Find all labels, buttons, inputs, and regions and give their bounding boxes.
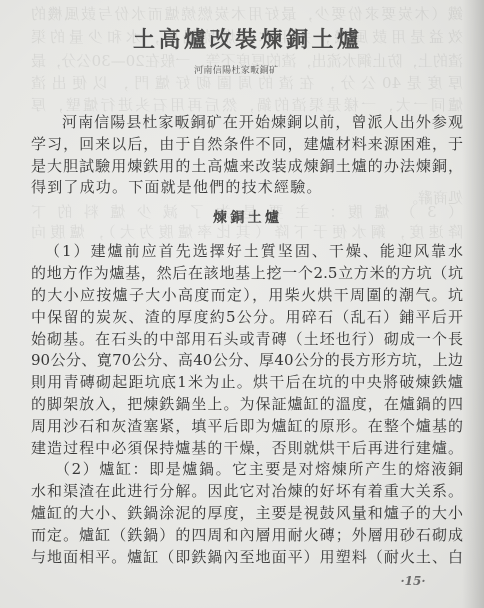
- paragraph-line: 周用沙石和灰渣塞紧，填平后即为爐缸的原形。在整个爐基的: [31, 415, 463, 437]
- paragraph-line: 而定。爐缸（鉄鍋）的四周和內層用耐火磚；外層用砂石砌成: [31, 524, 463, 546]
- section-heading: 煉銅土爐: [213, 208, 279, 228]
- paragraph-line: 中保留的炭灰、渣的厚度約5公分。用碎石（乱石）鋪平后开: [31, 306, 463, 328]
- paragraph-line: 河南信陽县杜家畈銅矿在开始煉銅以前，曾派人出外参观: [62, 111, 463, 133]
- paragraph-line: 学习，回来以后，由于自然条件不同，建爐材料来源困难，于: [31, 133, 463, 155]
- paragraph-line: 得到了成功。下面就是他們的技术經驗。: [31, 176, 463, 198]
- bleed-through-line: 鐵（木炭要求份要少，最好用木炭燃燒爐而水份与鼓風機的: [31, 4, 463, 24]
- article-title: 土高爐改裝煉銅土爐: [133, 27, 361, 53]
- paragraph-line: 90公分、寛70公分、高40公分、厚40公分的長方形方坑，上边: [31, 349, 463, 371]
- paragraph-line: 始砌基。在石头的中部用石头或青磚（土坯也行）砌成一个長: [31, 328, 463, 350]
- paragraph-line: 則用青磚砌起距坑底1米为止。烘干后在坑的中央將破煉鉄爐: [31, 371, 463, 393]
- paragraph-line: 与地面相平。爐缸（即鉄鍋內至地面平）用塑料（耐火土、白: [31, 546, 463, 568]
- paragraph-line: 的脚架放入，把煉鉄鍋坐上。为保証爐缸的溫度，在爐鍋的四: [31, 393, 463, 415]
- page-number: ·15·: [390, 572, 436, 590]
- article-byline: 河南信陽杜家畈銅矿: [194, 65, 278, 77]
- scanned-document-page: 鐵（木炭要求份要少，最好用木炭燃燒爐而水份与鼓風機的 效益是用鼓風機，并用木炭燃…: [0, 0, 484, 608]
- paragraph-line: （1）建爐前应首先选擇好土質坚固、干燥、能迎风靠水: [45, 240, 463, 262]
- paragraph-line: 水和渠渣在此进行分解。因此它对冶煉的好坏有着重大关系。: [31, 480, 463, 502]
- paragraph-line: （2）爐缸：即是爐鍋。它主要是对熔煉所产生的熔液銅: [55, 458, 463, 480]
- paragraph-line: 建造过程中必須保持爐基的干燥，否則就烘干后再进行建爐。: [31, 437, 463, 459]
- paragraph-line: 爐缸的大小、鉄鍋涂泥的厚度，主要是視鼓风量和爐子的大小: [31, 502, 463, 524]
- paragraph-line: 的地方作为爐基，然后在該地基上挖一个2.5立方米的方坑（坑: [31, 262, 463, 284]
- paragraph-line: 是大胆試驗用煉鉄用的土高爐来改装成煉銅土爐的办法煉銅，: [31, 155, 463, 177]
- paragraph-line: 的大小应按爐子大小高度而定），用柴火烘干周圍的潮气。坑: [31, 284, 463, 306]
